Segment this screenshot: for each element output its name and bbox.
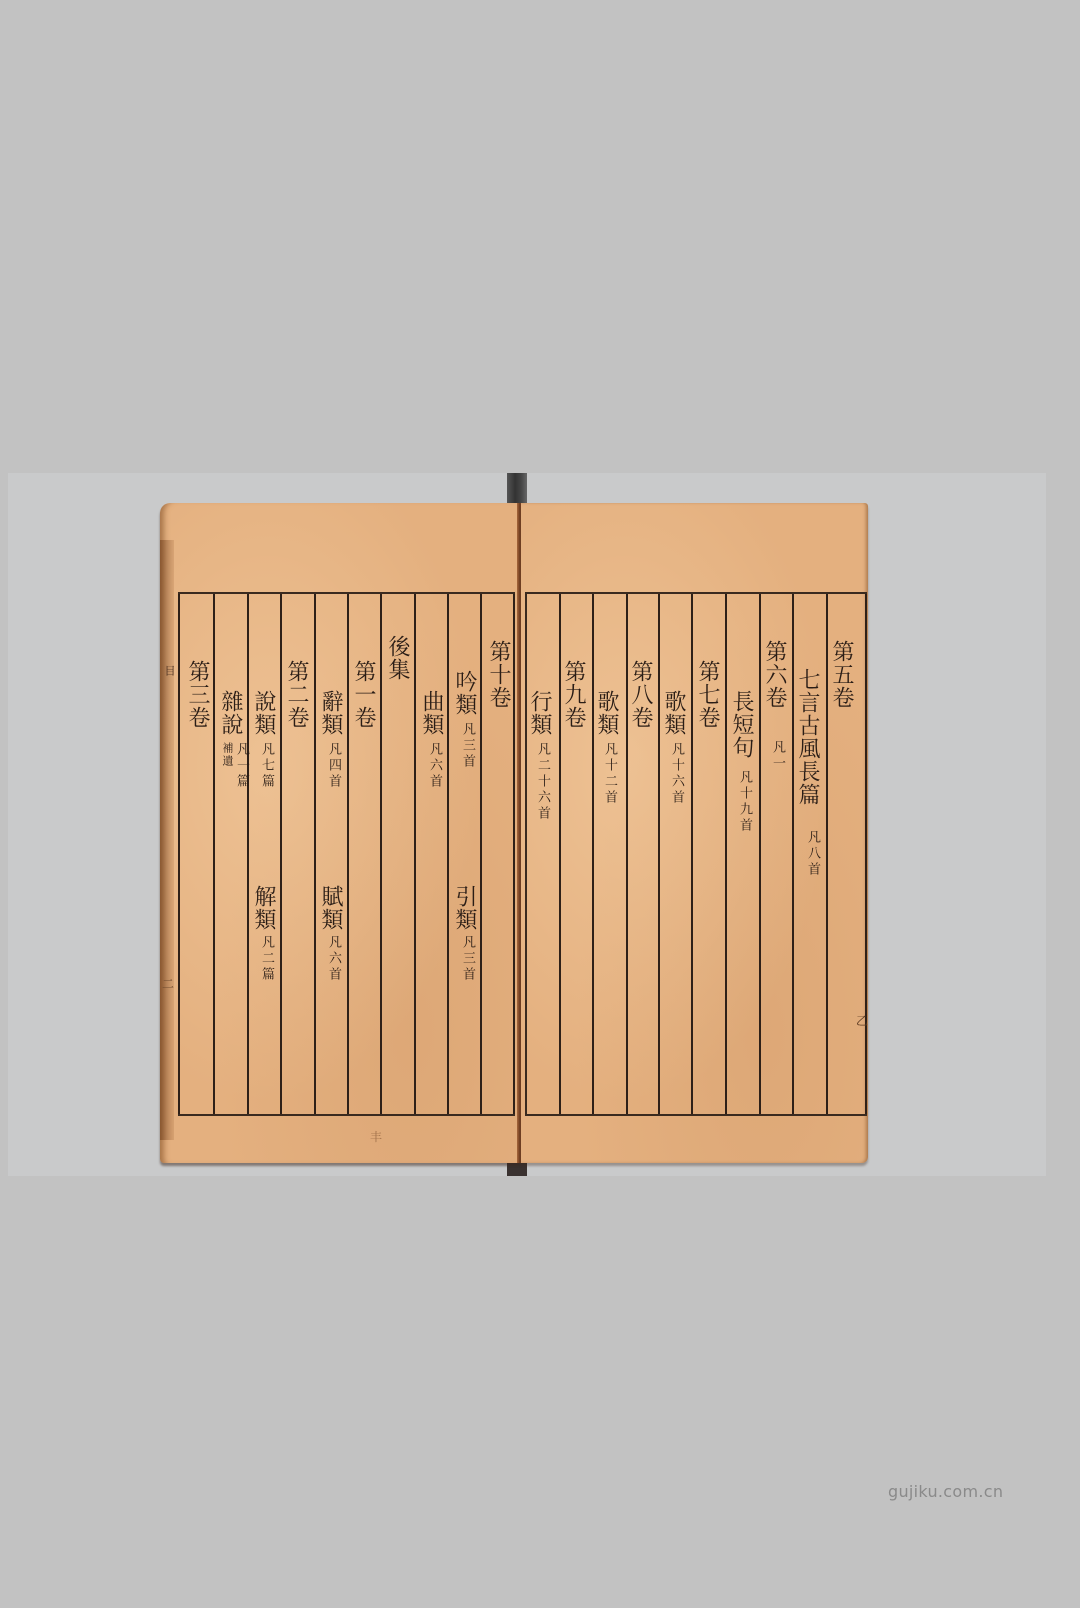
column-rule [480,594,482,1114]
category-count: 凡六首 [327,935,340,983]
volume-heading: 第十卷 [487,640,509,709]
category-count: 凡二篇 [260,935,273,983]
category-subnote: 補遺 [222,742,233,768]
column-rule [691,594,693,1114]
book-spine-top [507,473,527,505]
column-rule [447,594,449,1114]
column-rule [347,594,349,1114]
column-rule [280,594,282,1114]
category-entry: 行類 [528,690,550,736]
category-count: 凡十九首 [738,770,751,834]
category-count: 凡一篇 [235,742,248,790]
volume-heading: 第五卷 [830,640,852,709]
column-rule [725,594,727,1114]
column-rule [380,594,382,1114]
column-rule [759,594,761,1114]
page-edge-label: 目 [164,665,175,678]
category-count: 凡十六首 [670,742,683,806]
category-entry: 七言古風長篇 [796,668,818,806]
category-count: 凡四首 [327,742,340,790]
category-count: 凡七篇 [260,742,273,790]
column-rule [178,594,180,1114]
category-entry: 雜說 [219,690,241,736]
category-entry: 吟類 [453,670,475,716]
column-rule [826,594,828,1114]
bottom-mark: 丰 [370,1128,382,1145]
category-entry: 解類 [252,885,274,931]
category-entry: 曲類 [420,690,442,736]
volume-heading: 第六卷 [763,640,785,709]
category-entry: 長短句 [730,690,752,759]
category-entry: 歌類 [662,690,684,736]
volume-heading: 第八卷 [629,660,651,729]
volume-heading: 第二卷 [285,660,307,729]
collection-heading: 後集 [386,635,408,681]
column-rule [792,594,794,1114]
left-page-edge-shadow [160,540,174,1140]
volume-heading: 第三卷 [186,660,208,729]
category-count: 凡十二首 [603,742,616,806]
category-entry: 辭類 [319,690,341,736]
margin-mark: 二 [162,975,174,992]
column-rule [213,594,215,1114]
column-rule [865,594,867,1114]
category-entry: 說類 [252,690,274,736]
column-rule [314,594,316,1114]
column-rule [658,594,660,1114]
category-entry: 歌類 [595,690,617,736]
category-count: 凡八首 [806,830,819,878]
volume-heading: 第一卷 [352,660,374,729]
category-count: 凡三首 [461,935,474,983]
column-rule [513,594,515,1114]
column-rule [247,594,249,1114]
category-entry: 引類 [453,885,475,931]
watermark: gujiku.com.cn [888,1482,1003,1501]
category-count: 凡一 [771,740,784,772]
category-entry: 賦類 [319,885,341,931]
category-count: 凡三首 [461,722,474,770]
category-count: 凡六首 [428,742,441,790]
column-rule [592,594,594,1114]
category-count: 凡二十六首 [536,742,549,822]
volume-heading: 第七卷 [696,660,718,729]
margin-mark: 乙 [856,1012,868,1029]
column-rule [414,594,416,1114]
volume-heading: 第九卷 [562,660,584,729]
